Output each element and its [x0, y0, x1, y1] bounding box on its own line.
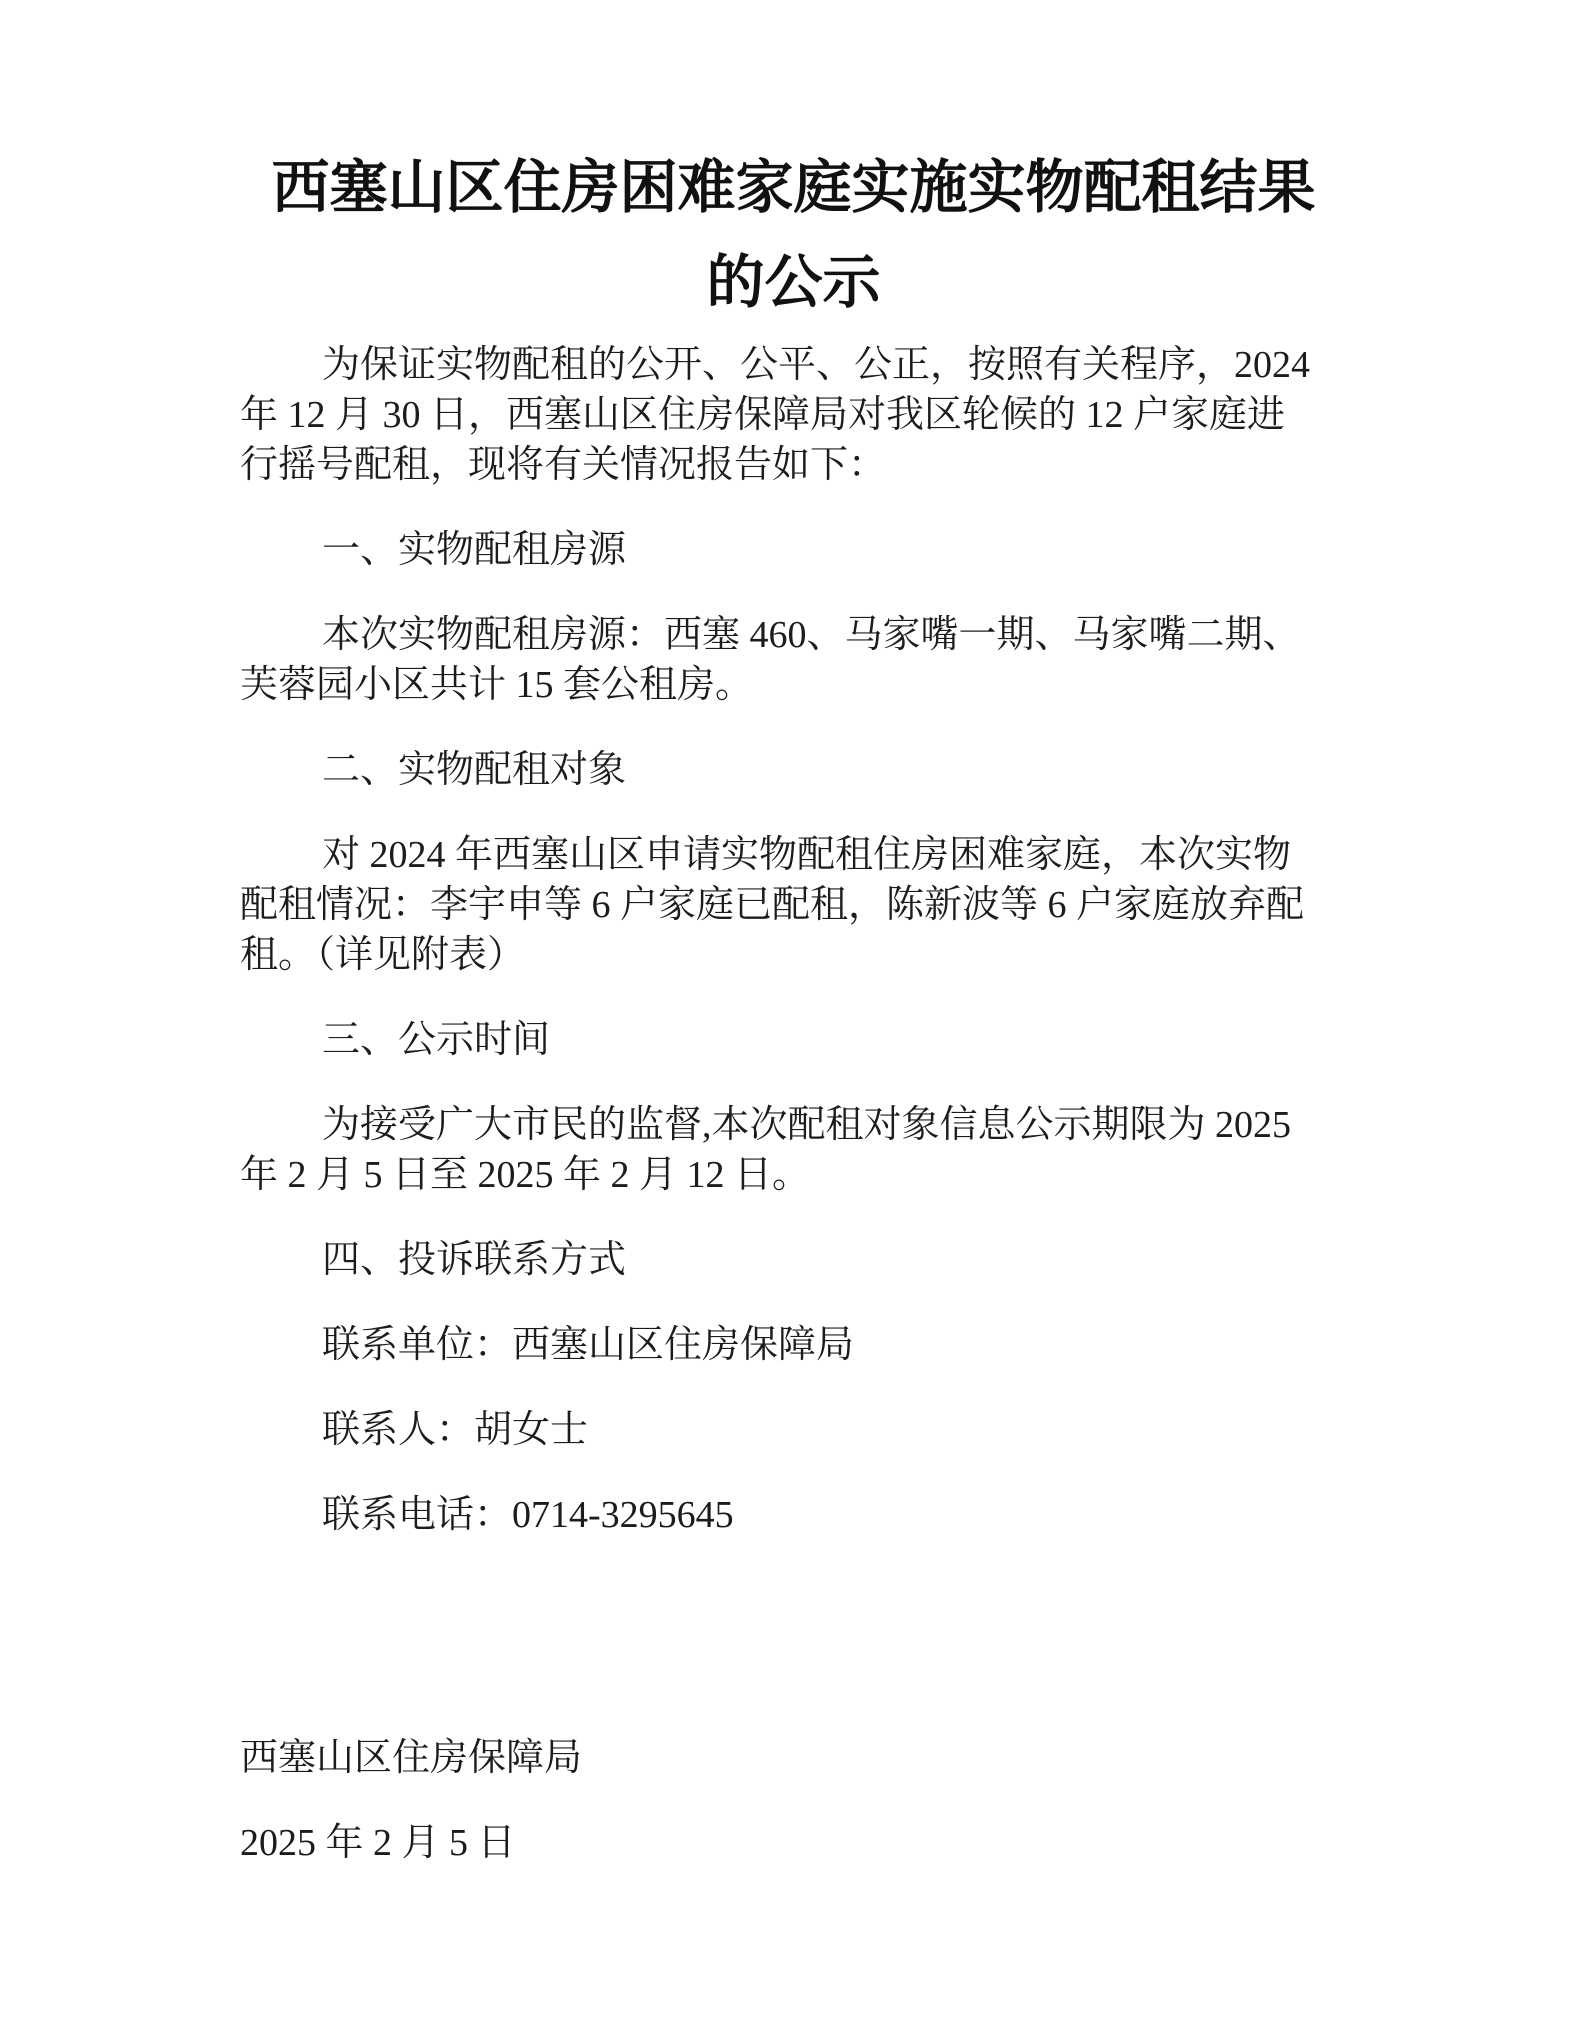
section-3-body: 为接受广大市民的监督,本次配租对象信息公示期限为 2025 年 2 月 5 日至… — [240, 1100, 1347, 1200]
contact-person: 联系人：胡女士 — [240, 1405, 1347, 1455]
contact-phone: 联系电话：0714-3295645 — [240, 1490, 1347, 1540]
section-1-heading: 一、实物配租房源 — [240, 525, 1347, 575]
section-4-heading: 四、投诉联系方式 — [240, 1235, 1347, 1285]
signature-date: 2025 年 2 月 5 日 — [240, 1818, 1347, 1868]
section-3-heading: 三、公示时间 — [240, 1015, 1347, 1065]
notice-title: 西塞山区住房困难家庭实施实物配租结果 的公示 — [240, 140, 1347, 330]
intro-paragraph: 为保证实物配租的公开、公平、公正，按照有关程序，2024 年 12 月 30 日… — [240, 340, 1347, 490]
signature-org: 西塞山区住房保障局 — [240, 1733, 1347, 1783]
section-2-heading: 二、实物配租对象 — [240, 745, 1347, 795]
section-1-body: 本次实物配租房源：西塞 460、马家嘴一期、马家嘴二期、 芙蓉园小区共计 15 … — [240, 610, 1347, 710]
notice-document: 西塞山区住房困难家庭实施实物配租结果 的公示 为保证实物配租的公开、公平、公正，… — [0, 0, 1587, 2019]
section-2-body: 对 2024 年西塞山区申请实物配租住房困难家庭，本次实物 配租情况：李宇申等 … — [240, 830, 1347, 980]
contact-unit: 联系单位：西塞山区住房保障局 — [240, 1320, 1347, 1370]
signature-block: 西塞山区住房保障局 2025 年 2 月 5 日 — [240, 1733, 1347, 1868]
